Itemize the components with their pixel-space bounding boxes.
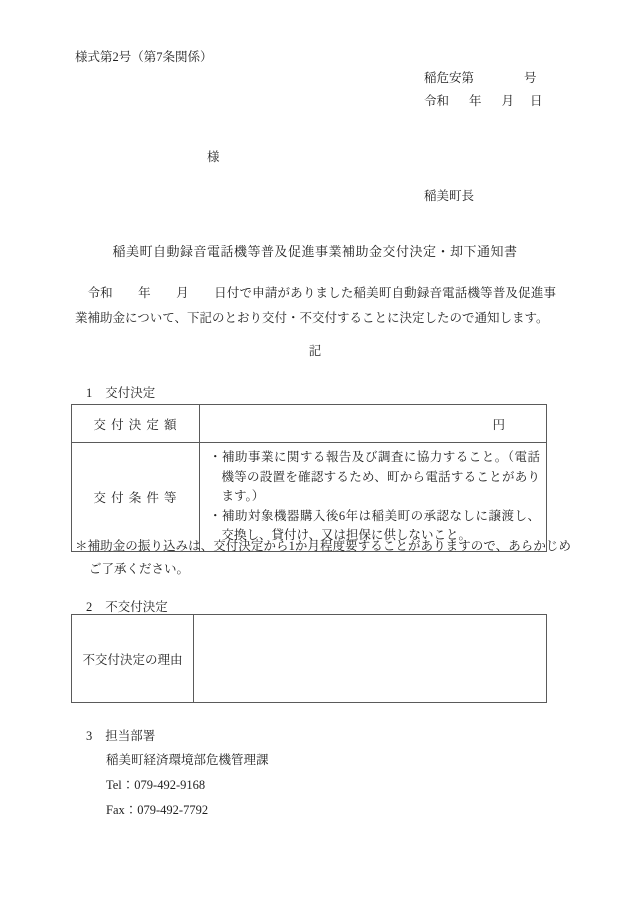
date-month-label: 月 [502,94,515,108]
section1-title: 交付決定 [105,386,155,400]
sender-name: 稲美町長 [424,186,474,204]
record-marker: 記 [0,341,630,359]
grant-condition-item: ・補助事業に関する報告及び調査に協力すること。（電話機等の設置を確認するため、町… [209,448,540,507]
section2-number: 2 [86,600,92,615]
section3-heading: 3担当部署 [86,726,155,744]
section3-title: 担当部署 [105,729,155,743]
grant-amount-unit: 円 [492,418,505,432]
section3-number: 3 [86,729,92,744]
rejection-reason-cell [194,615,547,703]
body-paragraph: 令和 年 月 日付で申請がありました稲美町自動録音電話機等普及促進事業補助金につ… [75,281,556,331]
payment-note: ＊補助金の振り込みは、交付決定から1か月程度要することがありますので、あらかじめ… [75,535,571,581]
rejection-reason-label: 不交付決定の理由 [72,615,194,703]
document-number-prefix: 稲危安第 [424,71,474,85]
section1-heading: 1交付決定 [86,383,155,401]
document-page: 様式第2号（第7条関係） 稲危安第号 令和年月日 様 稲美町長 稲美町自動録音電… [0,0,630,903]
tel-number: Tel：079-492-9168 [106,775,205,793]
document-number-line: 稲危安第号 [424,68,537,86]
section1-number: 1 [86,386,92,401]
grant-amount-cell: 円 [200,405,547,443]
date-year-label: 年 [469,94,482,108]
form-number-label: 様式第2号（第7条関係） [75,47,213,65]
grant-decision-table: 交 付 決 定 額 円 交 付 条 件 等 ・補助事業に関する報告及び調査に協力… [71,404,547,552]
table-row: 不交付決定の理由 [72,615,547,703]
rejection-decision-table: 不交付決定の理由 [71,614,547,703]
addressee-honorific: 様 [207,147,220,165]
date-era: 令和 [424,94,449,108]
section2-heading: 2不交付決定 [86,597,168,615]
fax-number: Fax：079-492-7792 [106,800,208,818]
document-title: 稲美町自動録音電話機等普及促進事業補助金交付決定・却下通知書 [0,241,630,260]
table-row: 交 付 決 定 額 円 [72,405,547,443]
document-number-unit: 号 [524,71,537,85]
date-day-label: 日 [530,94,543,108]
department-name: 稲美町経済環境部危機管理課 [106,750,269,768]
grant-amount-label: 交 付 決 定 額 [72,405,200,443]
date-line: 令和年月日 [424,91,543,109]
section2-title: 不交付決定 [105,600,168,614]
